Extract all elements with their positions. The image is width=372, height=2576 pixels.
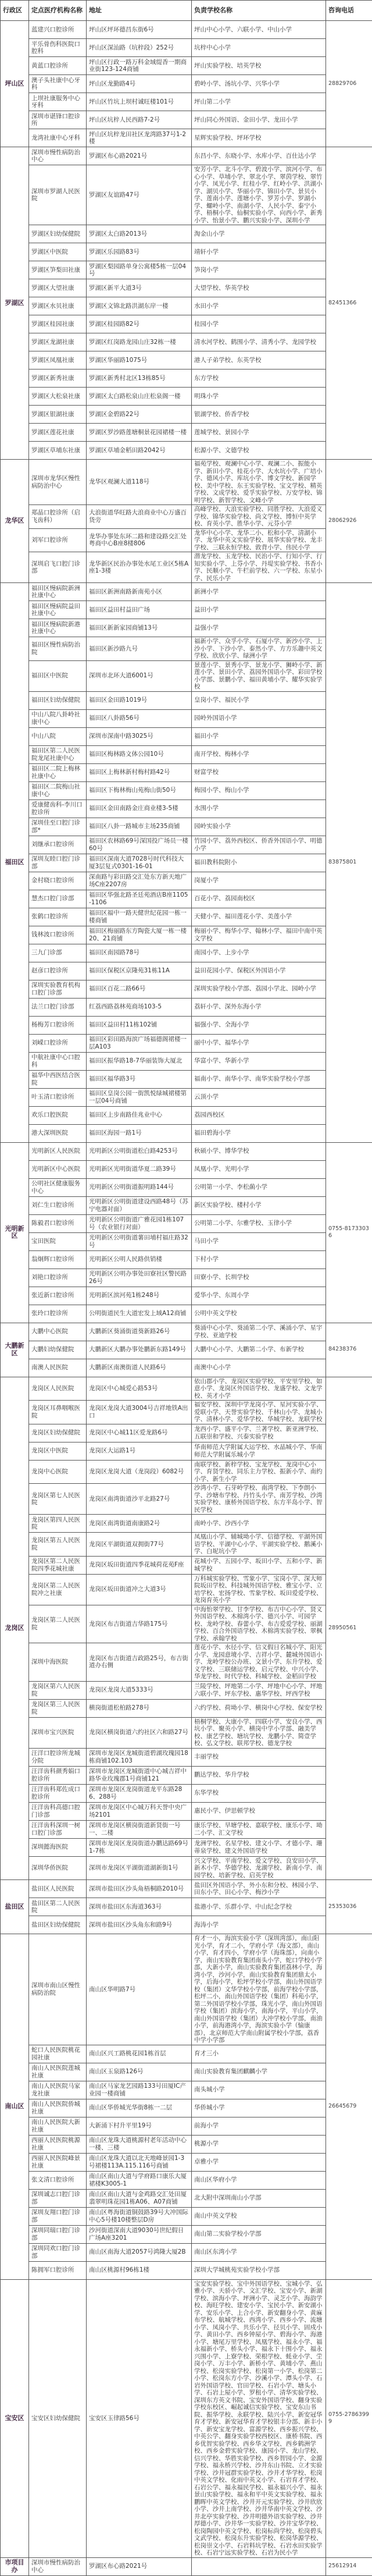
address-cell: 龙岗区龙岗大道5333号: [87, 1681, 192, 1699]
district-cell: 南山区: [1, 1934, 29, 2280]
schools-cell: 财富学校: [192, 763, 326, 781]
table-row: 龙岗区第二人民医院龙岗区布吉街道吉华路175号中海怡翠学校、甘李学校、布吉中心小…: [1, 1605, 372, 1643]
address-cell: 龙岗区平湖街道双拥街77号: [87, 1533, 192, 1557]
table-body: 坪山区蓝建兴口腔诊所坪山区坪环德昌东街6号坪山中心小学、六联小学、中山小学288…: [1, 21, 372, 2576]
clinic-name-cell: 汪洋齿科颜秀娟口腔诊所: [29, 1766, 87, 1784]
district-cell: 宝安区: [1, 2279, 29, 2557]
phone-cell: 0755-27863999: [326, 2279, 372, 2557]
table-row: 陈拥军口腔诊所南山区桃源村96栋1楼深圳大学城桃苑实验学校小学部: [1, 2261, 372, 2279]
clinic-name-cell: 深圳友翔口腔门诊部: [29, 2207, 87, 2225]
schools-cell: 龙西小学、盛平小学、兰著学校、新亚洲学校、五联崇和学校、兴泰实验学校: [192, 1424, 326, 1442]
address-cell: 光明新区公明街道振明路144号: [87, 1178, 192, 1196]
schools-cell: 育才三小: [192, 2045, 326, 2063]
table-row: 张玲口腔诊所公明街道民生大道宏发上域A12商铺公明中英文学校: [1, 1305, 372, 1323]
phone-cell: 84238376: [326, 1323, 372, 1377]
address-cell: 深圳市盐田区沙头角东和路9号: [87, 1916, 192, 1934]
table-row: 罗湖区水贝社康罗湖区文锦北路洪湖东岸一楼水田小学: [1, 297, 372, 315]
table-row: 罗湖区新秀社康罗湖区新秀村北区13栋85号东方学校: [1, 369, 372, 388]
header-schools: 负责学校名称: [192, 1, 326, 21]
schools-cell: 松源小学、文德学校: [192, 442, 326, 460]
clinic-name-cell: 罗湖区大望社康: [29, 279, 87, 297]
schools-cell: 福新小学、众孚小学、石厦小学、新沙小学、上沙小学、下沙小学、泰然小学、方方乐趣中…: [192, 637, 326, 661]
schools-cell: 淘金山小学: [192, 225, 326, 243]
table-row: 南澳人民医院大鹏新区南澳街道人民路6号南澳中心小学: [1, 1359, 372, 1377]
schools-cell: 碧岭小学、汤坑小学、兴华小学: [192, 75, 326, 93]
address-cell: 龙华新区民治办事处水尾工业区5栋A座1-3楼: [87, 552, 192, 583]
table-row: 罗湖区大望社康罗湖区新平大道3号大望学校、华英学校: [1, 279, 372, 297]
table-row: 罗湖区深圳市慢性病防治中心罗湖区布心路2021号东昌小学、东晓小学、水库小学、百…: [1, 147, 372, 165]
clinic-name-cell: 深圳同瑞口腔门诊部: [29, 2225, 87, 2243]
clinic-name-cell: 福田区第二人民医院龙尾社康中心: [29, 745, 87, 763]
table-row: 公明社区健康服务中心光明新区公明街道振明路144号公明第一小学、李松蓢小学: [1, 1178, 372, 1196]
address-cell: 罗湖区金碧路22号: [87, 406, 192, 424]
address-cell: 福田区八卦一路城市主场235商铺: [87, 818, 192, 836]
clinic-name-cell: 龙湾社康中心牙科: [29, 129, 87, 147]
address-cell: 福田区新洲南路新南苑小区: [87, 583, 192, 601]
district-cell: 光明新区: [1, 1142, 29, 1323]
schools-cell: 水围小学: [192, 800, 326, 818]
schools-cell: 秋硕小学、博华学校: [192, 1142, 326, 1160]
schools-cell: 天健小学、福田莲花小学、美莲小学: [192, 908, 326, 926]
clinic-name-cell: 南山人民医院马家龙社康: [29, 2081, 87, 2099]
address-cell: 罗湖区罗沙路莲塘桐景花园裙楼一楼: [87, 424, 192, 442]
schools-cell: 卓雅小学: [192, 2153, 326, 2171]
address-cell: 福田区八卦路56号: [87, 709, 192, 727]
address-cell: 光明新区公明人民路供销楼: [87, 1250, 192, 1269]
schools-cell: 益田小学: [192, 601, 326, 619]
clinic-name-cell: 汪洋齿科郑佐成口腔诊所: [29, 1784, 87, 1802]
schools-cell: 南山第二实验学校小学部: [192, 2225, 326, 2243]
clinic-name-cell: 钱林波口腔诊所: [29, 926, 87, 944]
district-cell: 市项目办: [1, 2557, 29, 2575]
address-cell: 福田区皇岗公园一街凯悦绿城裙楼第一层04号商铺: [87, 1088, 192, 1106]
clinic-name-cell: 深圳佳至口腔门诊部*: [29, 818, 87, 836]
address-cell: 光明新区公明街道松白路4253号: [87, 1142, 192, 1160]
schools-cell: 益田花园小学、保税区外国语小学: [192, 962, 326, 980]
clinic-name-cell: 深圳市慢性病防治中心: [29, 2557, 87, 2575]
clinic-name-cell: 法兰口腔门诊部: [29, 998, 87, 1016]
table-row: 赵彦口腔诊所福田区保税区京隆苑31栋11A益田花园小学、保税区外国语小学: [1, 962, 372, 980]
table-row: 陈毅君口腔诊所光明新区公明街道广雅花园1栋107号（农业银行对面）公明第二小学、…: [1, 1214, 372, 1232]
table-row: 盐田区第二人民医院深圳市盐田区东海道363号盐港小学、乐群小学、中山纪念学校: [1, 1898, 372, 1916]
table-row: 龙岗区妇幼保健院龙岗区中心城11区爱龙路6号龙西小学、盛平小学、兰著学校、新亚洲…: [1, 1424, 372, 1442]
schools-cell: 港人子弟学校、东英学校: [192, 351, 326, 369]
address-cell: 福田区华强北路圣廷苑酒店B座1105-1106: [87, 890, 192, 908]
address-cell: 光明新区公明街道广雅花园1栋107号（农业银行对面）: [87, 1214, 192, 1232]
clinic-name-cell: 叶玉清口腔诊所: [29, 1088, 87, 1106]
table-row: 刘继承口腔诊所福田区农林路69号深国投广场员一楼60号竹园小学、荔外西校区、侨香…: [1, 836, 372, 854]
district-cell: 福田区: [1, 583, 29, 1143]
schools-cell: 惠民小学、伊思顿学校: [192, 1802, 326, 1820]
address-cell: 大鹏新区南澳街道人民路6号: [87, 1359, 192, 1377]
clinic-name-cell: 中航社康中心口腔科: [29, 1052, 87, 1070]
clinic-name-cell: 盐田区妇幼保健院: [29, 1916, 87, 1934]
schools-cell: 梧桐学校、大康小学、四联小学、安良小学、西坑小学、聚英小学、横岗中学小学部、融美…: [192, 1717, 326, 1748]
table-row: 深圳市罗湖人民医院罗湖区友谊路47号安芳小学、北斗小学、碧波小学、滨河小学、布心…: [1, 165, 372, 225]
schools-cell: 东方学校: [192, 369, 326, 388]
clinic-name-cell: 刘仁生口腔诊所: [29, 1196, 87, 1214]
schools-cell: 宝安实验学校、宝中外国语学校、宝城小学、弘雅小学、天骄小学、文汇学校、宝安小学、…: [192, 2279, 326, 2557]
schools-cell: 南开学校、梅林小学: [192, 745, 326, 763]
table-row: 深圳诚志口腔门诊部南山区南山大道与金鸡路交汇处田厦翡翠明珠花园1栋A06、A07…: [1, 2189, 372, 2207]
schools-cell: 田寮小学、长圳学校: [192, 1269, 326, 1287]
address-cell: 罗湖区布心路2021号: [87, 147, 192, 165]
address-cell: 龙岗区布吉街道吉华路175号: [87, 1605, 192, 1643]
schools-cell: 盐田区外国语小学、外小东和分校、林园小学、田东小学、田心小学、梅沙小学: [192, 1880, 326, 1898]
schools-cell: 北大附中深圳南山小学部: [192, 2189, 326, 2207]
clinic-name-cell: 龙岗区妇幼保健院: [29, 1424, 87, 1442]
clinic-name-cell: 盐田区第二人民医院: [29, 1898, 87, 1916]
address-cell: 福田区金田南路金庄商业楼3-5楼: [87, 800, 192, 818]
table-row: 中山八院八卦岭社康中心福田区八卦路56号园岭外国语小学: [1, 709, 372, 727]
district-cell: 大鹏新区: [1, 1323, 29, 1377]
clinic-name-cell: 福田区慢病院新港社康中心: [29, 619, 87, 637]
table-row: 福田区二院梅山社康中心福田区下梅林梅山苑梅山街50号梅园小学、梅山小学: [1, 781, 372, 800]
table-row: 大鹏新区大鹏中心医院大鹏新区葵涌街道葵新路26号葵涌中心小学、葵涌第二小学、溪涌…: [1, 1323, 372, 1341]
clinic-name-cell: 爱康健齿科-李川口腔诊所: [29, 800, 87, 818]
clinic-name-cell: 南山人民医院侨城社康: [29, 2099, 87, 2117]
address-cell: 深圳市龙岗区横岗街道新贤街一号一、二楼: [87, 1820, 192, 1838]
table-row: 龙岗区第二人民医院四季花城社康龙岗区坂田街道四季花城荷花苑F座花城小学、五园小学…: [1, 1556, 372, 1574]
table-row: 罗湖区草埔东社康罗湖区草埔金稻田路2042号松源小学、文德学校: [1, 442, 372, 460]
address-cell: 龙岗区大运路1号: [87, 1442, 192, 1460]
table-row: 汪洋齿科高德口腔门诊部深圳市龙岗区中心城万科天誉中央广场2101惠民小学、伊思顿…: [1, 1802, 372, 1820]
clinic-name-cell: 罗湖区桂园社康: [29, 315, 87, 333]
table-row: 市项目办深圳市慢性病防治中心罗湖区布心路2021号25612914: [1, 2557, 372, 2575]
clinic-name-cell: 深圳市谌锋口腔诊所: [29, 111, 87, 129]
schools-cell: 南园小学、上步小学: [192, 944, 326, 962]
table-row: 罗湖区桂园社康罗湖区桂园路82号桂园小学: [1, 315, 372, 333]
address-cell: 龙岗区中心城11区爱龙路6号: [87, 1424, 192, 1442]
clinic-name-cell: 南山人民医院大新社康: [29, 2117, 87, 2135]
address-cell: 南山区龙珠大道以北天地峰景园1-3号裙楼113A.115.116号商铺: [87, 2153, 192, 2171]
header-district: 行政区: [1, 1, 29, 21]
table-row: 龙岗区第二人民医院冲之社康龙岗区坂田街道冲之大道3号万科城实验学校、雪象小学、宝…: [1, 1574, 372, 1605]
table-row: 深圳启飞口腔门诊部龙华新区民治办事处水尾工业区5栋A座1-3楼潜龙学校、玉龙学校…: [1, 552, 372, 583]
address-cell: 福田区深南大道7028号时代科技大厦3层复式0301-16-01: [87, 854, 192, 872]
address-cell: 横岗街道松柏路278号: [87, 1699, 192, 1717]
table-row: 汪洋齿科颜秀娟口腔诊所深圳市龙岗区龙城街道中心城吉祥中路华业玫瑰郡1号商铺121…: [1, 1766, 372, 1784]
clinic-name-cell: 陈拥军口腔诊所: [29, 2261, 87, 2279]
address-cell: 红荔西路荔林苑商场103-5: [87, 998, 192, 1016]
table-row: 澳子头社康中心牙科坪山区龙勤路4号碧岭小学、汤坑小学、兴华小学: [1, 75, 372, 93]
table-row: 龙岗区第五人民医院龙岗区平湖街道双拥街77号凤凰山小学、辅城坳小学、信德学校、平…: [1, 1533, 372, 1557]
clinic-name-cell: 西丽人民医院桃源社康: [29, 2135, 87, 2153]
schools-cell: 福南小学、南华小学、南华实验学校小学部: [192, 1070, 326, 1088]
table-row: 龙岗区中医院龙岗区大运路1号华南师范大学附属大运学校、水晶城小学、华南师范大学附…: [1, 1442, 372, 1460]
clinic-name-cell: 深圳实验教育机构口腔门诊部: [29, 980, 87, 998]
table-row: 深圳市谌锋口腔诊所坪山区坑梓人民西路7-2号坪山同心外国语、金田小学、龙田小学: [1, 111, 372, 129]
district-cell: 龙岗区: [1, 1377, 29, 1880]
table-row: 福田区二院上梅林社康中心福田区上梅林新村梅村路42号财富学校: [1, 763, 372, 781]
clinic-name-cell: 深圳市南山区慢性病防治院: [29, 1934, 87, 2045]
table-row: 宝田医院光明新区公明街道薯田埔村福庄路32号马田小学: [1, 1232, 372, 1250]
address-cell: 福田区南园路78号: [87, 944, 192, 962]
address-cell: 罗湖区布心路2021号: [87, 2557, 192, 2575]
schools-cell: 福安学校、深圳中学龙岗小学、星河实验小学、爱联小学、天誉实验学校、千林山小学、龙…: [192, 1401, 326, 1424]
table-row: 光明新区中心医院光明新区光明街道华夏二路39号凤凰小学、光明小学: [1, 1160, 372, 1178]
table-row: 福田区慢性病防治院福田区新沙路九号福新小学、众孚小学、石厦小学、新沙小学、上沙小…: [1, 637, 372, 661]
table-row: 上坝社康服务中心牙科坪山区竹坑上坝村诚旺楼101号坪山第二小学: [1, 93, 372, 111]
address-cell: 深南路与彩田路交汇处东方新天地广场C座2207房: [87, 872, 192, 890]
table-row: 宝安区宝安区妇幼保健院宝安区玉律路56号宝安实验学校、宝中外国语学校、宝城小学、…: [1, 2279, 372, 2557]
schools-cell: 深圳实验学校小学部、荔园小学北、园岭小学: [192, 980, 326, 998]
table-header-row: 行政区 定点医疗机构名称 地址 负责学校名称 咨询电话: [1, 1, 372, 21]
schools-cell: 梅丽小学、梅华小学、翰林小学、福田中南中英文学校: [192, 926, 326, 944]
clinic-name-cell: 龙岗区第三人民医院: [29, 1699, 87, 1717]
table-row: 汪洋口腔诊所龙城分院深圳市龙岗区龙城街道碧湖玫瑰园18栋商铺102.103丰丽学…: [1, 1748, 372, 1766]
table-row: 龙岗区第三人民医院横岗街道松柏路278号六约学校、荷坳小学、横岗中心学校、保安学…: [1, 1699, 372, 1717]
table-row: 张文清口腔诊所南山区南山大道与学府路口康乐大厦裙楼K3005-1南山区华府小学: [1, 2171, 372, 2189]
clinic-name-cell: 金村晓口腔诊所: [29, 872, 87, 890]
address-cell: 深圳市盐田区沙头角梧桐路2010号: [87, 1880, 192, 1898]
clinic-name-cell: 翁炯辉口腔诊所: [29, 1250, 87, 1269]
address-cell: 大鹏新区大鹏办事处鹏新东路149号: [87, 1341, 192, 1359]
address-cell: 深圳市龙岗区龙城街道中心城吉祥中路华业玫瑰郡1号商铺121: [87, 1766, 192, 1784]
schools-cell: 清水河学校、鹤围小学、清秀小学、龙园学校: [192, 333, 326, 351]
clinic-name-cell: 中山八院八卦岭社康中心: [29, 709, 87, 727]
address-cell: 龙岗区南湾街道南康路2号: [87, 1515, 192, 1533]
address-cell: 罗湖区太白路2013号: [87, 225, 192, 243]
address-cell: 福田区金田路1019号: [87, 691, 192, 709]
schools-cell: 龙洲学校、名星学校、建文小学、才德小学、珊蒂泉学校、建文外国语学校: [192, 1838, 326, 1856]
table-row: 罗湖区莲花社康罗湖区罗沙路莲塘桐景花园裙楼一楼莲城学校、景园小学: [1, 424, 372, 442]
address-cell: 大浪街道华旺路大浪商业中心万盛百货旁: [87, 505, 192, 529]
clinic-name-cell: 龙岗区第二人民医院冲之社康: [29, 1574, 87, 1605]
clinic-name-cell: 港大深圳医院: [29, 1124, 87, 1142]
schools-cell: 花城小学、五园小学、坂田小学、五和小学、新城学校: [192, 1556, 326, 1574]
address-cell: 福田区新沙路九号: [87, 637, 192, 661]
address-cell: 龙岗区横岗街道六约社区六和路27号: [87, 1717, 192, 1748]
table-row: 刘军口腔诊所龙华办事处东环二路和建设路交汇处粤商中心B座8楼806龙华中心小学、…: [1, 528, 372, 552]
address-cell: 南山区桃源村96栋1楼: [87, 2261, 192, 2279]
table-row: 坪山区蓝建兴口腔诊所坪山区坪环德昌东街6号坪山中心小学、六联小学、中山小学288…: [1, 21, 372, 39]
district-cell: 罗湖区: [1, 147, 29, 460]
phone-cell: 25353036: [326, 1880, 372, 1934]
clinic-name-cell: 盐田区人民医院: [29, 1880, 87, 1898]
clinic-name-cell: 蓝建兴口腔诊所: [29, 21, 87, 39]
table-row: 深圳友翔口腔门诊部南山区粤海街道铜鼓路39号大冲国际中心5号楼10楼整层D房南山…: [1, 2207, 372, 2225]
clinic-name-cell: 汪洋齿科深圳一树口腔门诊部: [29, 1820, 87, 1838]
clinic-name-cell: 杨梅芳口腔诊所: [29, 1016, 87, 1034]
address-cell: 福田区海园一路1号: [87, 1124, 192, 1142]
address-cell: 南山区华明路7号: [87, 1934, 192, 2045]
clinic-name-cell: 公明社区健康服务中心: [29, 1178, 87, 1196]
table-row: 张近新口腔诊所光明新区滨河苑1栋248号爱华小学、东周小学: [1, 1287, 372, 1305]
table-row: 杨梅芳口腔诊所福田区益田村11栋102铺福强小学、全海小学: [1, 1016, 372, 1034]
clinic-name-cell: 宝安区妇幼保健院: [29, 2279, 87, 2557]
schools-cell: 荔园西校区: [192, 1106, 326, 1124]
phone-cell: 82451366: [326, 147, 372, 460]
clinic-name-cell: 福田区二院梅山社康中心: [29, 781, 87, 800]
table-row: 南山人民医院侨城社康南山区华侨城光华街8栋一二层华侨城小学: [1, 2099, 372, 2117]
address-cell: 深圳市龙岗区中心城万科天誉中央广场2101: [87, 1802, 192, 1820]
table-row: 龙岗中心医院龙岗区龙岗大道（龙岗段）6082号南联学校、新梓学校、宝龙学校、龙岗…: [1, 1460, 372, 1484]
table-row: 爱康健齿科-李川口腔诊所福田区金田南路金庄商业楼3-5楼水围小学: [1, 800, 372, 818]
address-cell: 福田区农林路69号深国投广场员一楼60号: [87, 836, 192, 854]
clinic-name-cell: 龙岗区中医院: [29, 1442, 87, 1460]
address-cell: 福田区上梅林新村梅村路42号: [87, 763, 192, 781]
table-row: 福田区慢病院新港社康中心福田区新新家园商铺13号益强小学: [1, 619, 372, 637]
clinic-name-cell: 慧杰口腔门诊部: [29, 890, 87, 908]
schools-cell: 南山区华府小学: [192, 2171, 326, 2189]
clinic-name-cell: 深圳懿海医院: [29, 1838, 87, 1856]
clinic-name-cell: 汪洋齿科高德口腔门诊部: [29, 1802, 87, 1820]
address-cell: 罗湖区华丽路1075号: [87, 351, 192, 369]
address-cell: 福田区彩田路海滨广场福德阁裙楼一层A103: [87, 1034, 192, 1052]
schools-cell: 爱华小学、东周小学: [192, 1287, 326, 1305]
schools-cell: 康乐学校、旱塘学校、嘉联学校、康乐小学、坳二小学、汇文学校: [192, 1820, 326, 1838]
table-row: 罗湖区大松泉社康罗湖区太白路松泉山庄松泉阁一楼明珠小学: [1, 388, 372, 406]
address-cell: 光明新区滨河苑1栋248号: [87, 1287, 192, 1305]
schools-cell: 东华学校: [192, 1784, 326, 1802]
schools-cell: 坪山实验学校、培英学校: [192, 57, 326, 75]
address-cell: 罗湖区友谊路47号: [87, 165, 192, 225]
schools-cell: 依山郡小学、龙岗区实验学校、平安里学校、如意小学、龙岗区外国语学校、龙盛学校、文…: [192, 1377, 326, 1401]
table-row: 南山人民医院马家龙社康南山区马家龙艺园路133号田厦IC产业园一楼商铺南头城小学: [1, 2081, 372, 2099]
schools-cell: 新洲小学: [192, 583, 326, 601]
clinic-name-cell: 罗湖区中医院: [29, 243, 87, 261]
schools-cell: 坪山中心小学、六联小学、中山小学: [192, 21, 326, 39]
address-cell: 罗湖区文锦北路洪湖东岸一楼: [87, 297, 192, 315]
address-cell: 深圳市龙岗区龙城街道碧湖玫瑰园18栋商铺102.103: [87, 1748, 192, 1766]
table-row: 盐田区妇幼保健院深圳市盐田区沙头角东和路9号海涛小学: [1, 1916, 372, 1934]
address-cell: 龙华区观澜大道118号: [87, 460, 192, 505]
table-row: 光明新区光明新区人民医院光明新区公明街道松白路4253号秋硕小学、博华学校075…: [1, 1142, 372, 1160]
schools-cell: 莲花小学、水径小学、信义假日名城小学、阳光小学、龙园意境小学、吉祥小学、麓城外国…: [192, 1643, 326, 1682]
table-row: 福田区第二人民医院龙尾社康中心福田区梅林路文体公园10号南开学校、梅林小学: [1, 745, 372, 763]
table-row: 南山人民医院莲城社康南山区玉泉路126号南山实验教育集团麒麟小学: [1, 2063, 372, 2081]
schools-cell: 景莲小学、景秀小学、景龙小学、狮岭小学、新莲小学、景田小学、荔园外国语小学、彩田…: [192, 660, 326, 691]
schools-cell: 凤凰小学、光明小学: [192, 1160, 326, 1178]
address-cell: 深圳市龙岗区平湖街道湖新街1号: [87, 1856, 192, 1880]
table-row: 张鹤口腔诊所福田区福中一路天健世纪花园一栋一楼商铺天健小学、福田莲花小学、美莲小…: [1, 908, 372, 926]
address-cell: 南山区南海大道2057号鸿隆大厦2B: [87, 2243, 192, 2261]
schools-cell: 万科城实验学校、雪象小学、宝岗小学、深大师院坂田学校、科技城外国语学校、雅宝小学…: [192, 1574, 326, 1605]
phone-cell: 26645679: [326, 1934, 372, 2280]
table-row: 刘嵘口腔诊所福田区彩田路海滨广场福德阁裙楼一层A103丽中小学、福华小学: [1, 1034, 372, 1052]
address-cell: 南山区龙珠大道桃源村老年活动中心一楼、三楼: [87, 2135, 192, 2153]
schools-cell: 百花小学、荔园南校区: [192, 890, 326, 908]
clinic-name-cell: 龙岗区第五人民医院: [29, 1533, 87, 1557]
clinic-name-cell: 深圳华侨医院: [29, 1856, 87, 1880]
address-cell: 南山区南山大道与金鸡路交汇处田厦翡翠明珠花园1栋A06、A07商铺: [87, 2189, 192, 2207]
schools-cell: 大望学校、华英学校: [192, 279, 326, 297]
address-cell: 福田区福华路3号: [87, 1070, 192, 1088]
address-cell: 坪山区坑梓龙田社区龙湾路37号1-2楼: [87, 129, 192, 147]
schools-cell: 下村小学: [192, 1250, 326, 1269]
clinic-name-cell: 深圳中海医院: [29, 1643, 87, 1682]
phone-cell: 83875801: [326, 583, 372, 1143]
clinic-name-cell: 龙岗区人民医院: [29, 1377, 87, 1401]
schools-cell: 葵涌中心小学、葵涌第二小学、溪涌小学、星宇学校、亚迪学校: [192, 1323, 326, 1341]
table-row: 龙岗区第七人民医院龙岗区南湾街道沙平北路27号沙湾小学、石芽岭学校、南湾学校、下…: [1, 1484, 372, 1515]
schools-cell: 坑梓中心小学: [192, 39, 326, 57]
clinic-name-cell: 西丽人民医院峰景社康: [29, 2153, 87, 2171]
schools-cell: 福强小学、全海小学: [192, 1016, 326, 1034]
phone-cell: 28829706: [326, 21, 372, 147]
clinic-name-cell: 罗湖区凤凰社康: [29, 351, 87, 369]
table-row: 罗湖区笋梨田社康罗湖区梨园路单身公寓楼5栋一层04号笋岗小学: [1, 261, 372, 279]
schools-cell: 丰丽学校: [192, 1748, 326, 1766]
clinic-name-cell: 龙岗区第二人民医院: [29, 1605, 87, 1643]
address-cell: 福田区振华路18-7华丽装饰大厦北: [87, 1052, 192, 1070]
address-cell: 南山区华侨城光华街8栋一二层: [87, 2099, 192, 2117]
table-row: 深圳同欢口腔门诊部南山区南海大道2057号鸿隆大厦2B南山区东湾小学: [1, 2243, 372, 2261]
address-cell: 坪山区竹坑上坝村诚旺楼101号: [87, 93, 192, 111]
clinic-name-cell: 郑晶口腔诊所（启飞齿科）: [29, 505, 87, 529]
clinic-name-cell: 福田区慢性病防治院: [29, 637, 87, 661]
phone-cell: 0755-81733036: [326, 1142, 372, 1323]
table-row: 深圳友睦口腔门诊部福田区深南大道7028号时代科技大厦3层复式0301-16-0…: [1, 854, 372, 872]
clinic-name-cell: 龙岗区第二人民医院四季花城社康: [29, 1556, 87, 1574]
clinic-name-cell: 福田区二院上梅林社康中心: [29, 763, 87, 781]
schools-cell: [192, 2557, 326, 2575]
address-cell: 大鹏新区葵涌街道葵新路26号: [87, 1323, 192, 1341]
schools-cell: 高峰学校、大浪实验学校、同胜学校、大浪爱义学校、锦华实验学校、尚文学校、博恒中英…: [192, 505, 326, 529]
schools-cell: 中海怡翠学校、甘李学校、布吉中心小学、贤义外国语学校、木棉湾小学、德兴小学、可园…: [192, 1605, 326, 1643]
schools-cell: 南山区东湾小学: [192, 2243, 326, 2261]
clinic-name-cell: 光明新区中心医院: [29, 1160, 87, 1178]
table-row: 钱林波口腔诊所福田区梅丽路东方陶瓷大厦一栋一楼20、21商铺梅丽小学、梅华小学、…: [1, 926, 372, 944]
address-cell: 罗湖区太白路松泉山庄松泉阁一楼: [87, 388, 192, 406]
table-row: 汪洋齿科郑佐成口腔诊所深圳市龙岗区龙岗街道龙平东路286、288号东华学校: [1, 1784, 372, 1802]
table-row: 龙岗区第六人民医院龙岗区龙岗大道5333号兰陵学校、坪地第二小学、坪地中心小学、…: [1, 1681, 372, 1699]
address-cell: 罗湖区新平大道3号: [87, 279, 192, 297]
table-row: 罗湖区龙湖社康罗湖区红岗路龙园山庄32栋一楼清水河学校、鹤围小学、清秀小学、龙园…: [1, 333, 372, 351]
header-address: 地址: [87, 1, 192, 21]
clinic-name-cell: 深圳启飞口腔门诊部: [29, 552, 87, 583]
table-row: 福田区福田区慢病院新洲社康中心福田区新洲南路新南苑小区新洲小学83875801: [1, 583, 372, 601]
address-cell: 光明新区公明街道建设西路48号（苏宁电器对面）: [87, 1196, 192, 1214]
schools-cell: 荔轩小学、深外东海小学: [192, 998, 326, 1016]
address-cell: 福田区益田村益田广场: [87, 601, 192, 619]
address-cell: 南山区兴工路桃花园1栋首层: [87, 2045, 192, 2063]
schools-cell: 育才一小，海滨实验小学（深圳湾部），南山阳光小学，育才二小，学府小学（海文部），…: [192, 1934, 326, 2045]
clinic-name-cell: 龙岗区第四人民医院: [29, 1515, 87, 1533]
clinic-school-table: 行政区 定点医疗机构名称 地址 负责学校名称 咨询电话 坪山区蓝建兴口腔诊所坪山…: [0, 0, 372, 2576]
schools-cell: 南山实验教育集团麒麟小学: [192, 2063, 326, 2081]
address-cell: 龙岗区南湾街道沙平北路27号: [87, 1484, 192, 1515]
schools-cell: 云顶小学: [192, 1088, 326, 1106]
table-row: 深圳市宝兴医院龙岗区横岗街道六约社区六和路27号梧桐学校、大康小学、四联小学、安…: [1, 1717, 372, 1748]
table-row: 中山八院深圳市深南中路3025号福田小学: [1, 727, 372, 745]
schools-cell: 坪山第二小学: [192, 93, 326, 111]
clinic-name-cell: 龙岗区第七人民医院: [29, 1484, 87, 1515]
schools-cell: 南联学校、新梓学校、宝龙学校、龙岗中心小学、育贤学校、同乐主力学校、振新小学、南…: [192, 1460, 326, 1484]
schools-cell: 竹园小学、荔外西校区、侨香外国语小学、明德小学: [192, 836, 326, 854]
address-cell: 福田区梅丽路东方陶瓷大厦一栋一楼20、21商铺: [87, 926, 192, 944]
clinic-name-cell: 罗湖区大松泉社康: [29, 388, 87, 406]
address-cell: 深圳市北环大道6001号: [87, 660, 192, 691]
schools-cell: 华南师范大学附属大运学校、水晶城小学、华南师范大学附属乐城小学: [192, 1442, 326, 1460]
clinic-name-cell: 平乐骨伤科医院口腔科: [29, 39, 87, 57]
table-row: 中航社康中心口腔科福田区振华路18-7华丽装饰大厦北华富小学、华新小学: [1, 1052, 372, 1070]
address-cell: 坪山区龙勤路4号: [87, 75, 192, 93]
table-row: 龙岗区第四人民医院龙岗区南湾街道南康路2号南岭小学、沙西小学: [1, 1515, 372, 1533]
address-cell: 光明新区公明办事处田寮社区警民路26号: [87, 1269, 192, 1287]
schools-cell: 水田小学: [192, 297, 326, 315]
clinic-name-cell: 张文清口腔诊所: [29, 2171, 87, 2189]
schools-cell: 马田小学: [192, 1232, 326, 1250]
schools-cell: 华富小学、华新小学: [192, 1052, 326, 1070]
header-phone: 咨询电话: [326, 1, 372, 21]
clinic-name-cell: 罗湖区龙湖社康: [29, 333, 87, 351]
schools-cell: 南澳中心小学: [192, 1359, 326, 1377]
clinic-name-cell: 光明新区人民医院: [29, 1142, 87, 1160]
table-row: 福华中西医结合医院福田区福华路3号福南小学、南华小学、南华实验学校小学部: [1, 1070, 372, 1088]
schools-cell: 东昌小学、东晓小学、水库小学、百仕达小学: [192, 147, 326, 165]
